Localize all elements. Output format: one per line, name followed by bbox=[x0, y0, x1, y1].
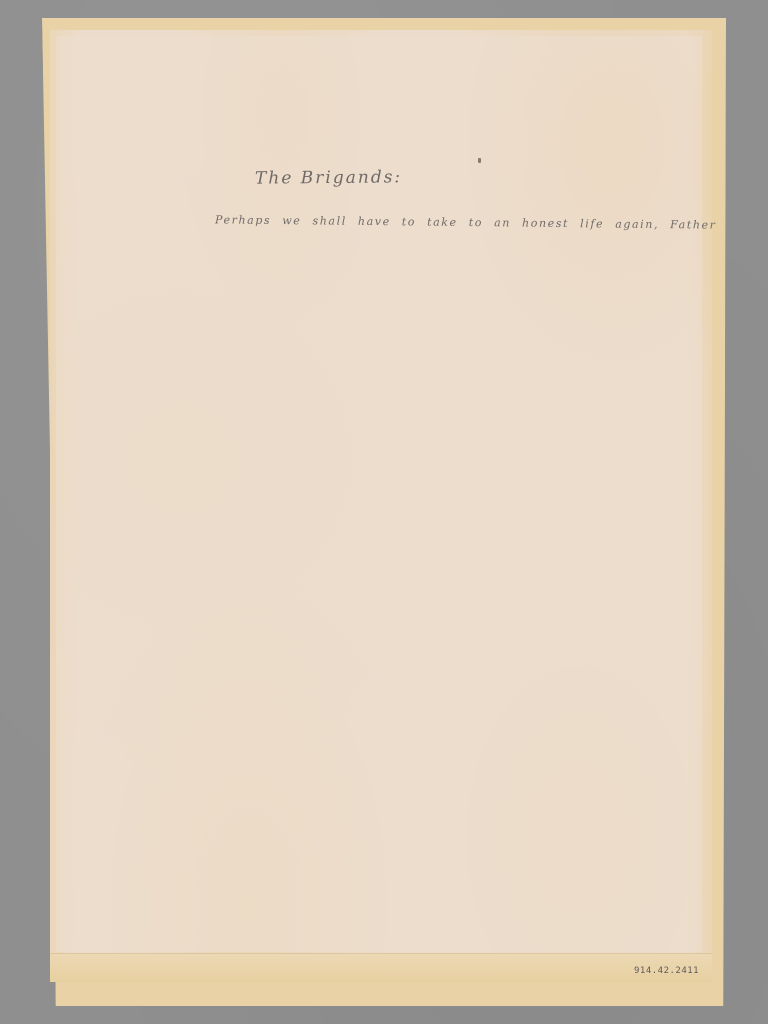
bottom-margin-strip bbox=[50, 953, 712, 982]
handwritten-title: The Brigands: bbox=[255, 167, 402, 188]
ink-speck bbox=[478, 158, 481, 163]
paper-sheet: The Brigands: Perhaps we shall have to t… bbox=[50, 30, 712, 982]
accession-number: 914.42.2411 bbox=[634, 966, 699, 976]
